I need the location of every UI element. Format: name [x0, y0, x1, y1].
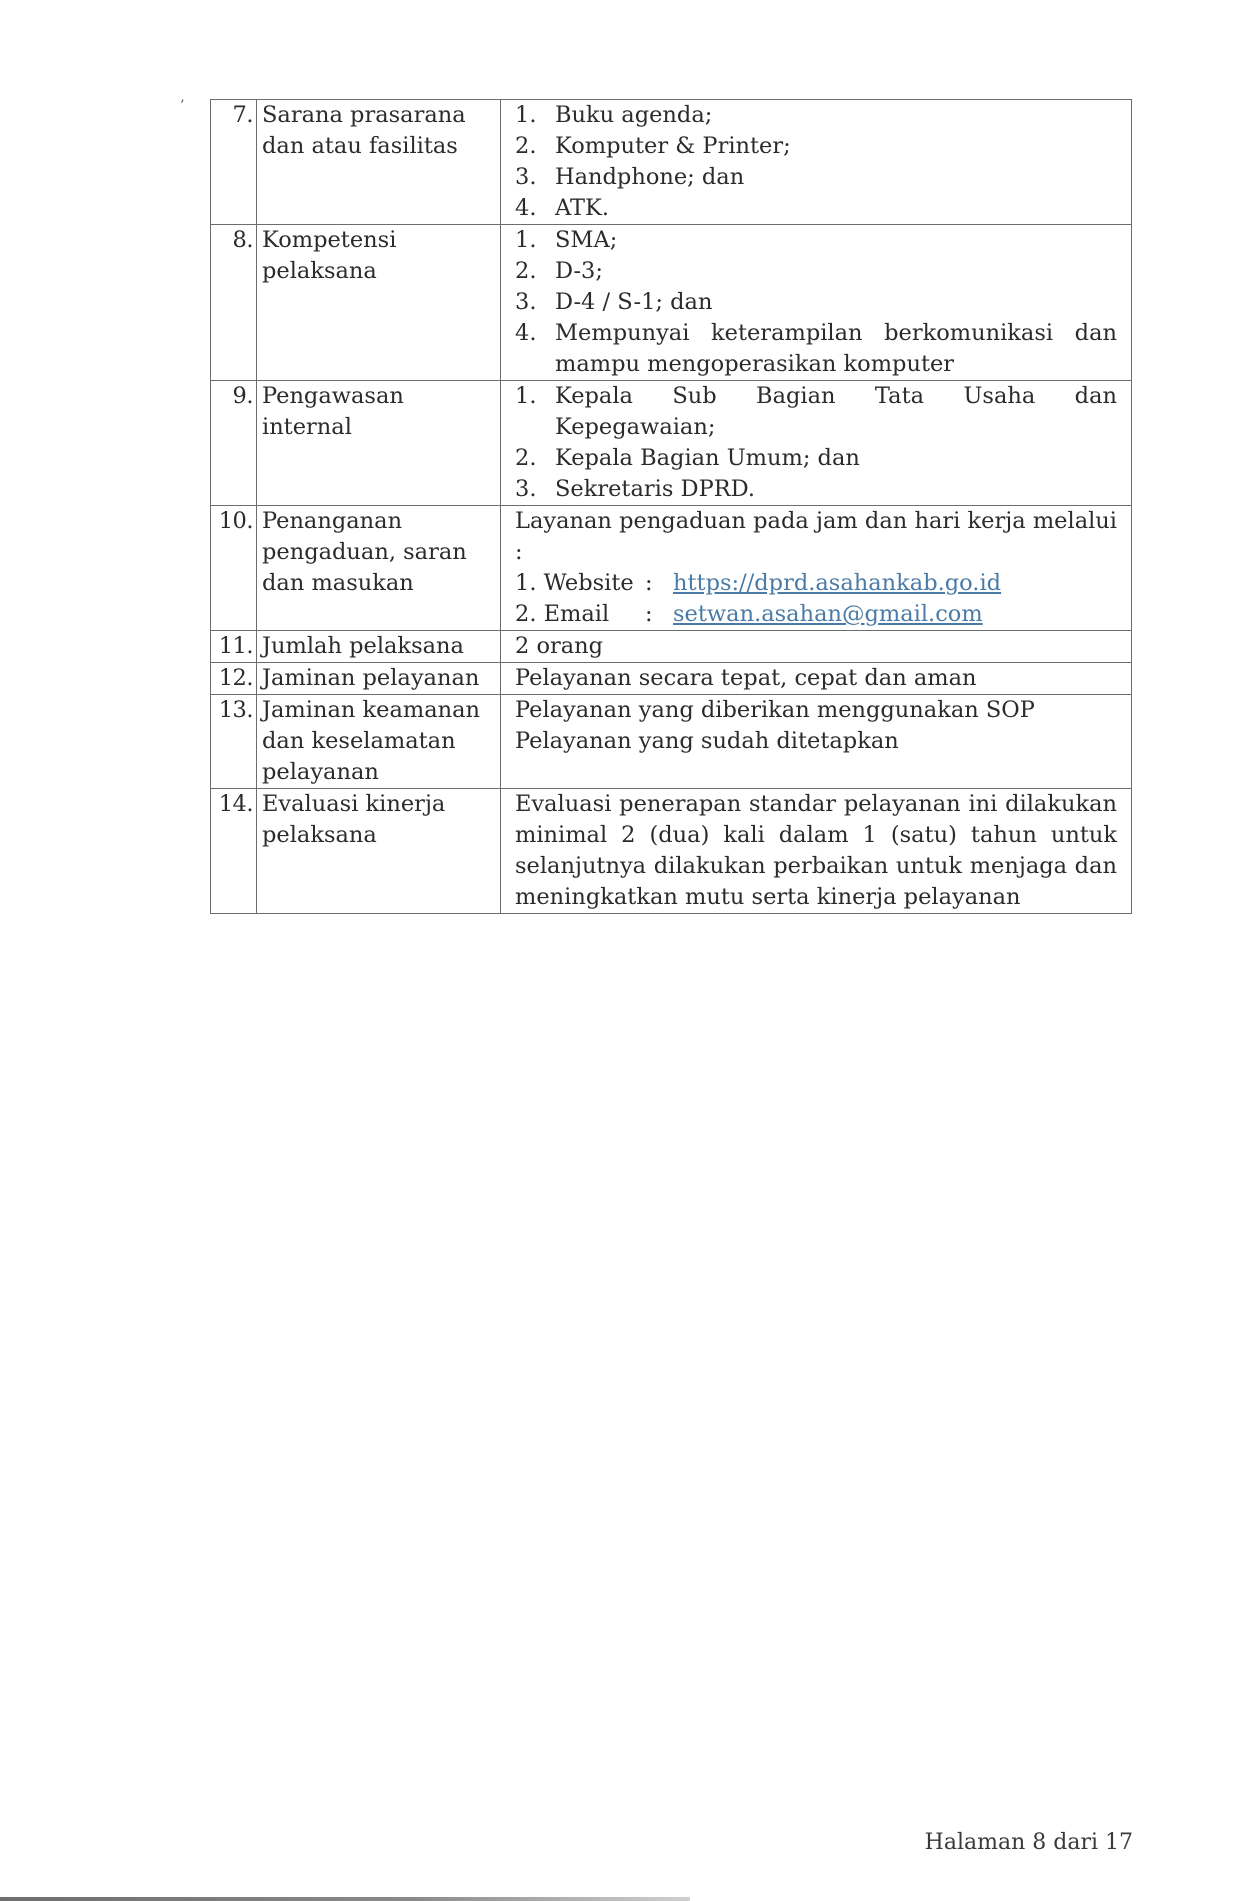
list-item: 2.Komputer & Printer; — [515, 131, 1117, 162]
email-link[interactable]: setwan.asahan@gmail.com — [673, 599, 983, 630]
row-label: Sarana prasarana dan atau fasilitas — [257, 100, 501, 225]
row-label: Pengawasan internal — [257, 381, 501, 506]
contact-label: 2. Email — [515, 599, 645, 630]
row-label: Kompetensi pelaksana — [257, 225, 501, 381]
row-number: 9. — [211, 381, 257, 506]
contact-website: 1. Website : https://dprd.asahankab.go.i… — [515, 568, 1117, 599]
row-label: Jaminan keamanan dan keselamatan pelayan… — [257, 695, 501, 789]
scan-mark: ’ — [180, 98, 184, 114]
list-item: 3.D-4 / S-1; dan — [515, 287, 1117, 318]
row-number: 11. — [211, 631, 257, 663]
table-row: 13. Jaminan keamanan dan keselamatan pel… — [211, 695, 1132, 789]
scan-edge — [0, 1897, 690, 1901]
list-item: 4.ATK. — [515, 193, 1117, 224]
item-list: 1.SMA; 2.D-3; 3.D-4 / S-1; dan 4.Mempuny… — [515, 225, 1117, 380]
list-item: 1.SMA; — [515, 225, 1117, 256]
complaint-intro: Layanan pengaduan pada jam dan hari kerj… — [515, 506, 1117, 568]
row-number: 13. — [211, 695, 257, 789]
table-row: 14. Evaluasi kinerja pelaksana Evaluasi … — [211, 789, 1132, 914]
list-item: 3.Handphone; dan — [515, 162, 1117, 193]
website-link[interactable]: https://dprd.asahankab.go.id — [673, 568, 1001, 599]
row-number: 8. — [211, 225, 257, 381]
row-label: Jaminan pelayanan — [257, 663, 501, 695]
row-content: 1.SMA; 2.D-3; 3.D-4 / S-1; dan 4.Mempuny… — [501, 225, 1132, 381]
table-row: 10. Penanganan pengaduan, saran dan masu… — [211, 506, 1132, 631]
row-content: 2 orang — [501, 631, 1132, 663]
table-row: 8. Kompetensi pelaksana 1.SMA; 2.D-3; 3.… — [211, 225, 1132, 381]
contact-separator: : — [645, 599, 673, 630]
row-label: Evaluasi kinerja pelaksana — [257, 789, 501, 914]
list-item: 4.Mempunyai keterampilan berkomunikasi d… — [515, 318, 1117, 380]
row-content: Pelayanan yang diberikan menggunakan SOP… — [501, 695, 1132, 789]
table-row: 9. Pengawasan internal 1.Kepala Sub Bagi… — [211, 381, 1132, 506]
row-label: Penanganan pengaduan, saran dan masukan — [257, 506, 501, 631]
item-list: 1.Buku agenda; 2.Komputer & Printer; 3.H… — [515, 100, 1117, 224]
row-number: 12. — [211, 663, 257, 695]
row-label: Jumlah pelaksana — [257, 631, 501, 663]
row-content: 1.Buku agenda; 2.Komputer & Printer; 3.H… — [501, 100, 1132, 225]
list-item: 2.D-3; — [515, 256, 1117, 287]
row-number: 7. — [211, 100, 257, 225]
row-number: 10. — [211, 506, 257, 631]
service-standard-table: 7. Sarana prasarana dan atau fasilitas 1… — [210, 99, 1132, 914]
page-number: Halaman 8 dari 17 — [925, 1830, 1133, 1855]
row-content: 1.Kepala Sub Bagian Tata Usaha dan Kepeg… — [501, 381, 1132, 506]
list-item: 3.Sekretaris DPRD. — [515, 474, 1117, 505]
table-row: 7. Sarana prasarana dan atau fasilitas 1… — [211, 100, 1132, 225]
contact-separator: : — [645, 568, 673, 599]
contact-label: 1. Website — [515, 568, 645, 599]
list-item: 1.Kepala Sub Bagian Tata Usaha dan Kepeg… — [515, 381, 1117, 443]
row-content: Layanan pengaduan pada jam dan hari kerj… — [501, 506, 1132, 631]
list-item: 1.Buku agenda; — [515, 100, 1117, 131]
row-content: Evaluasi penerapan standar pelayanan ini… — [501, 789, 1132, 914]
contact-email: 2. Email : setwan.asahan@gmail.com — [515, 599, 1117, 630]
table-row: 11. Jumlah pelaksana 2 orang — [211, 631, 1132, 663]
table-row: 12. Jaminan pelayanan Pelayanan secara t… — [211, 663, 1132, 695]
list-item: 2.Kepala Bagian Umum; dan — [515, 443, 1117, 474]
row-content: Pelayanan secara tepat, cepat dan aman — [501, 663, 1132, 695]
item-list: 1.Kepala Sub Bagian Tata Usaha dan Kepeg… — [515, 381, 1117, 505]
row-number: 14. — [211, 789, 257, 914]
